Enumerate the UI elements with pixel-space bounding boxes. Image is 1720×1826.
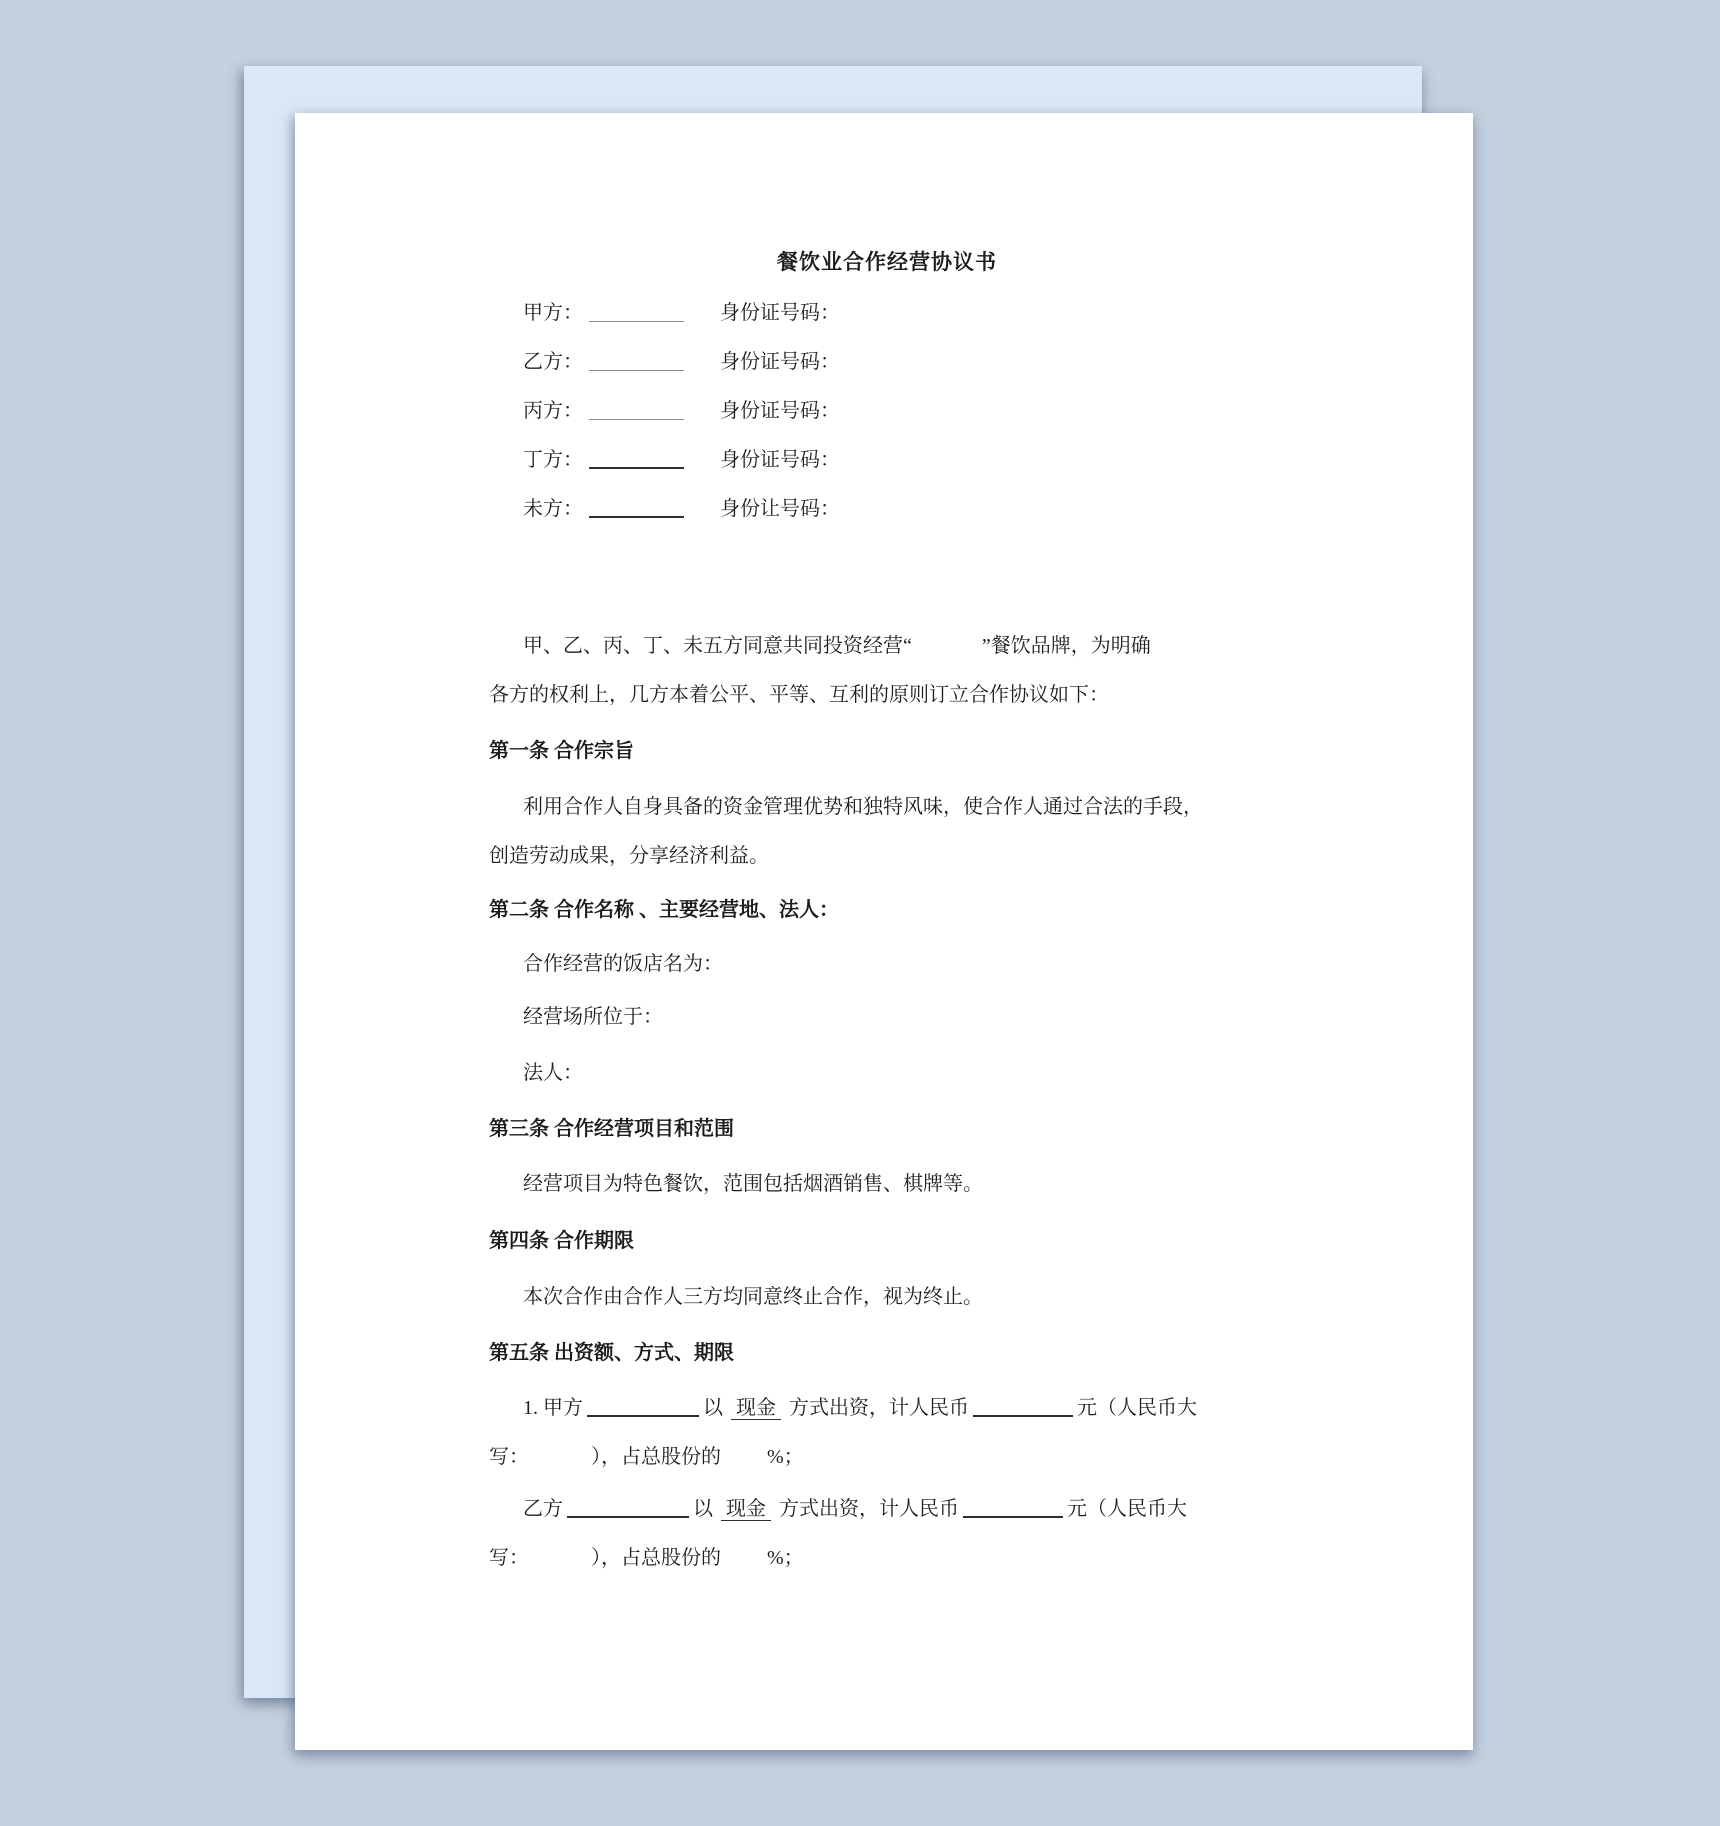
contribution-text: 1. 甲方 bbox=[523, 1397, 583, 1419]
party-row-c: 丙方：身份证号码： bbox=[489, 396, 1285, 426]
cash-underlined: 现金 bbox=[731, 1397, 781, 1420]
cash-underlined: 现金 bbox=[721, 1498, 771, 1521]
document-title: 餐饮业合作经营协议书 bbox=[489, 247, 1285, 277]
contribution-blank-line bbox=[973, 1395, 1073, 1417]
party-blank-line bbox=[589, 447, 684, 469]
document-sheet: 餐饮业合作经营协议书 甲方：身份证号码： 乙方：身份证号码： 丙方：身份证号码：… bbox=[295, 113, 1473, 1750]
section-2-body-line-1: 合作经营的饭店名为： bbox=[489, 949, 1285, 979]
section-heading-2: 第二条 合作名称 、主要经营地、法人： bbox=[489, 895, 1285, 925]
section-1-body-line-1: 利用合作人自身具备的资金管理优势和独特风味，使合作人通过合法的手段， bbox=[489, 792, 1285, 822]
section-1-body-line-2: 创造劳动成果，分享经济利益。 bbox=[489, 841, 1285, 871]
party-label: 未方： bbox=[523, 498, 583, 520]
contribution-text: 写： bbox=[489, 1446, 529, 1468]
contribution-text: 以 bbox=[693, 1498, 713, 1520]
party-blank-line bbox=[589, 496, 684, 518]
contribution-text: 元（人民币大 bbox=[1067, 1498, 1187, 1520]
contribution-line-party-b: 乙方以现金方式出资，计人民币元（人民币大 bbox=[489, 1494, 1285, 1524]
party-label: 丁方： bbox=[523, 449, 583, 471]
party-row-d: 丁方：身份证号码： bbox=[489, 445, 1285, 475]
preamble-line-2: 各方的权利上，几方本着公平、平等、互利的原则订立合作协议如下： bbox=[489, 680, 1285, 710]
section-heading-3: 第三条 合作经营项目和范围 bbox=[489, 1114, 1285, 1144]
contribution-text: %； bbox=[767, 1446, 804, 1468]
spacer bbox=[723, 1413, 731, 1414]
preamble-text: 甲、乙、丙、丁、未五方同意共同投资经营“ bbox=[523, 635, 912, 657]
contribution-text: %； bbox=[767, 1547, 804, 1569]
section-2-body-line-3: 法人： bbox=[489, 1058, 1285, 1088]
section-3-body-line-1: 经营项目为特色餐饮，范围包括烟酒销售、棋牌等。 bbox=[489, 1169, 1285, 1199]
party-label: 甲方： bbox=[523, 302, 583, 324]
id-number-label: 身份让号码： bbox=[720, 498, 840, 520]
party-blank-line bbox=[589, 301, 684, 322]
preamble-line-1: 甲、乙、丙、丁、未五方同意共同投资经营“”餐饮品牌，为明确 bbox=[489, 631, 1285, 661]
contribution-text: 元（人民币大 bbox=[1077, 1397, 1197, 1419]
party-row-e: 未方：身份让号码： bbox=[489, 494, 1285, 524]
quote-blank-space bbox=[912, 651, 982, 652]
blank-space bbox=[529, 1462, 591, 1463]
spacer bbox=[771, 1514, 779, 1515]
contribution-text: ），占总股份的 bbox=[591, 1547, 721, 1569]
party-row-b: 乙方：身份证号码： bbox=[489, 347, 1285, 377]
contribution-text: ），占总股份的 bbox=[591, 1446, 721, 1468]
contribution-text: 方式出资，计人民币 bbox=[789, 1397, 969, 1419]
contribution-blank-line bbox=[587, 1395, 699, 1417]
section-heading-4: 第四条 合作期限 bbox=[489, 1226, 1285, 1256]
party-blank-line bbox=[589, 399, 684, 420]
spacer bbox=[781, 1413, 789, 1414]
party-blank-line bbox=[589, 350, 684, 371]
party-row-a: 甲方：身份证号码： bbox=[489, 298, 1285, 328]
contribution-text: 乙方 bbox=[523, 1498, 563, 1520]
contribution-line-party-a: 1. 甲方以现金方式出资，计人民币元（人民币大 bbox=[489, 1393, 1285, 1423]
contribution-wrap-party-a: 写：），占总股份的%； bbox=[489, 1442, 1285, 1472]
section-2-body-line-2: 经营场所位于： bbox=[489, 1002, 1285, 1032]
id-number-label: 身份证号码： bbox=[720, 400, 840, 422]
contribution-blank-line bbox=[567, 1496, 689, 1518]
contribution-wrap-party-b: 写：），占总股份的%； bbox=[489, 1543, 1285, 1573]
id-number-label: 身份证号码： bbox=[720, 351, 840, 373]
section-4-body-line-1: 本次合作由合作人三方均同意终止合作，视为终止。 bbox=[489, 1282, 1285, 1312]
section-heading-5: 第五条 出资额、方式、期限 bbox=[489, 1338, 1285, 1368]
preamble-text: ”餐饮品牌，为明确 bbox=[982, 635, 1151, 657]
section-heading-1: 第一条 合作宗旨 bbox=[489, 736, 1285, 766]
id-number-label: 身份证号码： bbox=[720, 302, 840, 324]
blank-space bbox=[721, 1563, 767, 1564]
id-number-label: 身份证号码： bbox=[720, 449, 840, 471]
blank-space bbox=[721, 1462, 767, 1463]
spacer bbox=[713, 1514, 721, 1515]
party-label: 乙方： bbox=[523, 351, 583, 373]
contribution-text: 写： bbox=[489, 1547, 529, 1569]
party-label: 丙方： bbox=[523, 400, 583, 422]
blank-space bbox=[529, 1563, 591, 1564]
document-body: 餐饮业合作经营协议书 甲方：身份证号码： 乙方：身份证号码： 丙方：身份证号码：… bbox=[295, 113, 1473, 1750]
contribution-text: 以 bbox=[703, 1397, 723, 1419]
contribution-blank-line bbox=[963, 1496, 1063, 1518]
contribution-text: 方式出资，计人民币 bbox=[779, 1498, 959, 1520]
